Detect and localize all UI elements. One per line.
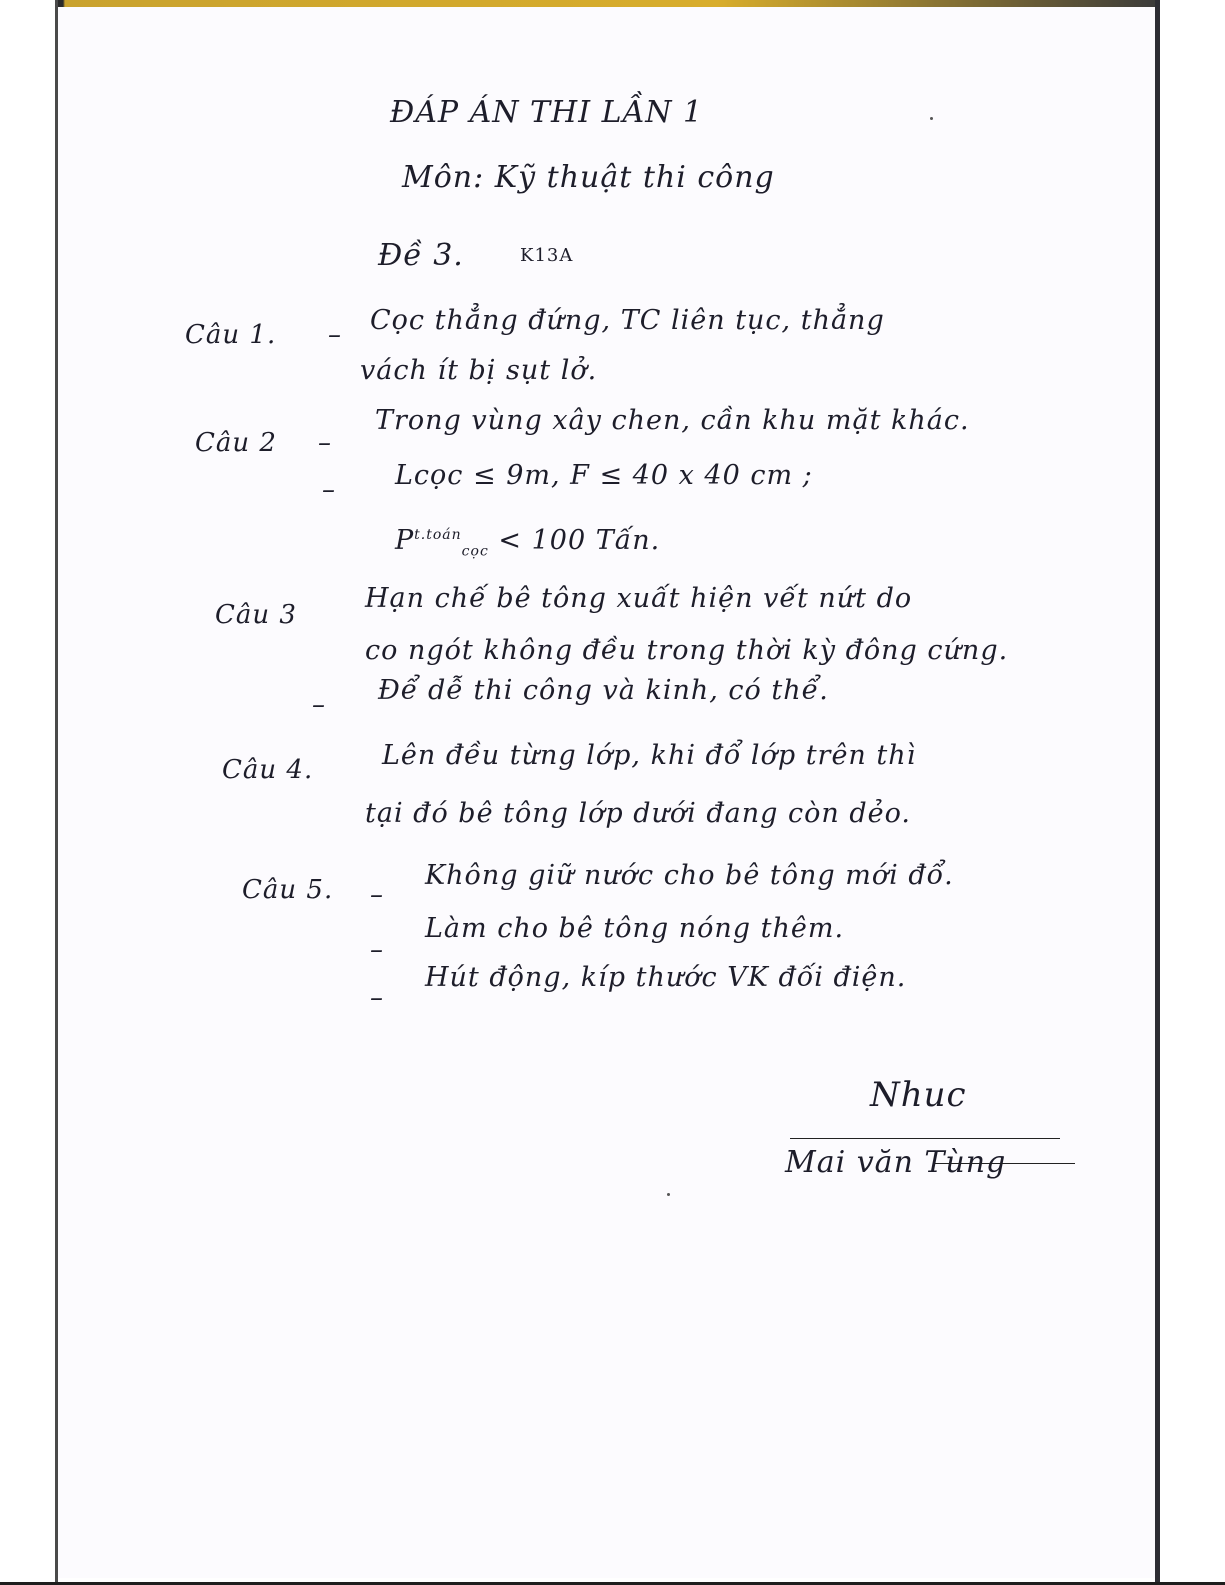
scan-speck [930,117,933,120]
question-label: Câu 2 [195,428,277,458]
answer-line: Hạn chế bê tông xuất hiện vết nứt do [365,583,912,614]
question-label: Câu 3 [215,600,297,630]
answer-dash: – [370,983,384,1013]
answer-line: Trong vùng xây chen, cần khu mặt khác. [375,405,970,436]
signature-scribble: Nhuc [870,1075,967,1115]
subject-line: Môn: Kỹ thuật thi công [402,160,775,195]
answer-line: co ngót không đều trong thời kỳ đông cứn… [365,635,1008,666]
answer-dash: – [318,428,332,458]
formula-superscript: t.toán [414,527,462,543]
exam-code: Đề 3. [378,238,464,273]
formula-subscript: cọc [462,543,489,559]
answer-dash: – [312,690,326,720]
question-label: Câu 1. [185,320,276,350]
answer-line: Lên đều từng lớp, khi đổ lớp trên thì [382,740,916,771]
scanner-top-border [55,0,1160,7]
answer-dash: – [328,320,342,350]
name-underline [935,1163,1075,1164]
document-title: ĐÁP ÁN THI LẦN 1 [390,95,703,130]
scanned-page [57,7,1155,1578]
question-label: Câu 4. [222,755,313,785]
scan-speck [667,1193,670,1196]
answer-line: Hút động, kíp thước VK đối điện. [425,962,906,993]
formula-rest: < 100 Tấn. [489,525,660,556]
answer-dash: – [370,880,384,910]
scanner-right-edge [1155,0,1160,1583]
scanner-left-edge [55,0,58,1585]
formula-symbol: P [395,525,414,556]
answer-line: vách ít bị sụt lở. [360,355,597,386]
answer-line: tại đó bê tông lớp dưới đang còn dẻo. [365,798,911,829]
answer-line: Cọc thẳng đứng, TC liên tục, thẳng [370,305,885,336]
answer-line: Không giữ nước cho bê tông mới đổ. [425,860,954,891]
answer-line: Làm cho bê tông nóng thêm. [425,913,844,944]
answer-line: Lcọc ≤ 9m, F ≤ 40 x 40 cm ; [395,460,813,491]
signature-underline [790,1138,1060,1139]
answer-dash: – [370,935,384,965]
answer-line: Để dễ thi công và kinh, có thể. [378,675,829,706]
answer-dash: – [322,475,336,505]
question-label: Câu 5. [242,875,333,905]
class-code: K13A [520,245,573,266]
answer-line-formula: Pt.toáncọc < 100 Tấn. [395,525,660,559]
